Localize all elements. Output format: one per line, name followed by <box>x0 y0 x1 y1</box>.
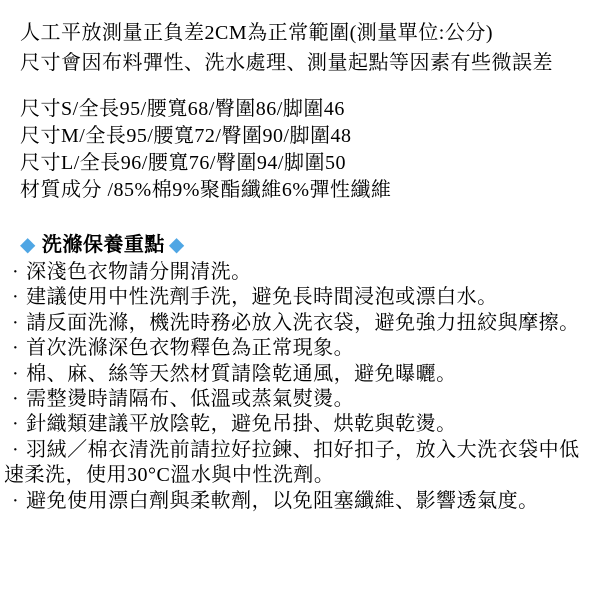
care-instruction-text: 首次洗滌深色衣物釋色為正常現象。 <box>26 337 354 359</box>
care-instruction-inside-out: ·請反面洗滌，機洗時務必放入洗衣袋，避免強力扭絞與摩擦。 <box>4 311 596 336</box>
size-spec-l: 尺寸L/全長96/腰寬76/臀圍94/脚圍50 <box>20 150 596 177</box>
bullet-marker: · <box>12 286 19 308</box>
measurement-note: 人工平放測量正負差2CM為正常範圍(測量單位:公分) 尺寸會因布料彈性、洗水處理… <box>20 18 596 78</box>
bullet-marker: · <box>12 261 19 283</box>
material-composition: 材質成分 /85%棉9%聚酯纖維6%彈性纖維 <box>20 177 596 204</box>
care-section-title: ◆洗滌保養重點◆ <box>20 232 596 258</box>
care-instruction-text: 深淺色衣物請分開清洗。 <box>26 261 252 283</box>
care-instruction-knitwear: ·針織類建議平放陰乾，避免吊掛、烘乾與乾燙。 <box>4 412 596 437</box>
size-spec-s: 尺寸S/全長95/腰寬68/臀圍86/脚圍46 <box>20 96 596 123</box>
care-instruction-no-bleach: ·避免使用漂白劑與柔軟劑，以免阻塞纖維、影響透氣度。 <box>4 489 596 514</box>
bullet-marker: · <box>12 363 19 385</box>
care-instruction-text: 棉、麻、絲等天然材質請陰乾通風，避免曝曬。 <box>26 363 457 385</box>
bullet-marker: · <box>12 490 19 512</box>
care-instruction-hand-wash: ·建議使用中性洗劑手洗，避免長時間浸泡或漂白水。 <box>4 285 596 310</box>
bullet-marker: · <box>12 413 19 435</box>
care-instructions-list: ·深淺色衣物請分開清洗。 ·建議使用中性洗劑手洗，避免長時間浸泡或漂白水。 ·請… <box>4 260 596 514</box>
bullet-marker: · <box>12 312 19 334</box>
diamond-icon: ◆ <box>169 234 185 256</box>
care-instruction-text: 需整燙時請隔布、低溫或蒸氣熨燙。 <box>26 388 354 410</box>
care-instruction-text: 建議使用中性洗劑手洗，避免長時間浸泡或漂白水。 <box>26 286 498 308</box>
care-instruction-first-wash: ·首次洗滌深色衣物釋色為正常現象。 <box>4 336 596 361</box>
size-spec-m: 尺寸M/全長95/腰寬72/臀圍90/脚圍48 <box>20 123 596 150</box>
diamond-icon: ◆ <box>20 234 36 256</box>
care-instruction-separate-wash: ·深淺色衣物請分開清洗。 <box>4 260 596 285</box>
measurement-note-line-1: 人工平放測量正負差2CM為正常範圍(測量單位:公分) <box>20 18 596 48</box>
care-section-title-text: 洗滌保養重點 <box>42 234 165 256</box>
bullet-marker: · <box>12 439 19 461</box>
product-care-page: 人工平放測量正負差2CM為正常範圍(測量單位:公分) 尺寸會因布料彈性、洗水處理… <box>0 0 600 514</box>
care-instruction-text: 請反面洗滌，機洗時務必放入洗衣袋，避免強力扭絞與摩擦。 <box>26 312 580 334</box>
size-spec-list: 尺寸S/全長95/腰寬68/臀圍86/脚圍46 尺寸M/全長95/腰寬72/臀圍… <box>20 96 596 204</box>
bullet-marker: · <box>12 337 19 359</box>
care-instruction-text: 避免使用漂白劑與柔軟劑，以免阻塞纖維、影響透氣度。 <box>26 490 539 512</box>
care-instruction-natural-fibers: ·棉、麻、絲等天然材質請陰乾通風，避免曝曬。 <box>4 362 596 387</box>
bullet-marker: · <box>12 388 19 410</box>
care-instruction-text: 針織類建議平放陰乾，避免吊掛、烘乾與乾燙。 <box>26 413 457 435</box>
measurement-note-line-2: 尺寸會因布料彈性、洗水處理、測量起點等因素有些微誤差 <box>20 48 596 78</box>
care-instruction-text: 羽絨／棉衣清洗前請拉好拉鍊、扣好扣子，放入大洗衣袋中低速柔洗，使用30°C溫水與… <box>4 439 580 486</box>
care-instruction-down-cotton: ·羽絨／棉衣清洗前請拉好拉鍊、扣好扣子，放入大洗衣袋中低速柔洗，使用30°C溫水… <box>4 438 596 489</box>
care-instruction-ironing: ·需整燙時請隔布、低溫或蒸氣熨燙。 <box>4 387 596 412</box>
